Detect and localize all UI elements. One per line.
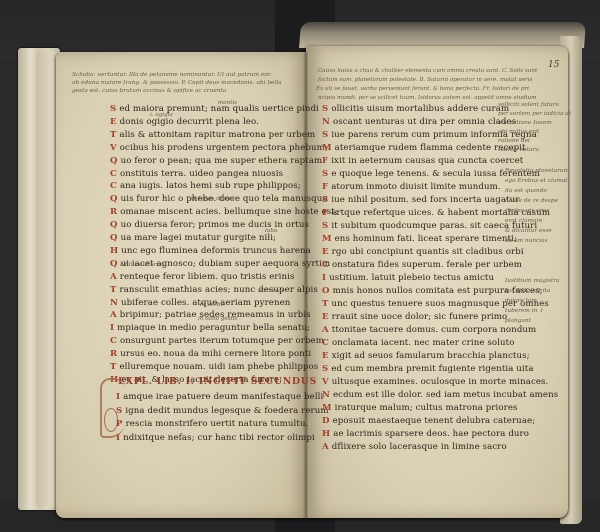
rubricated-initial: E (322, 247, 329, 257)
rubricated-initial: O (322, 286, 330, 296)
right-margin-gloss: erat clamare (505, 218, 543, 224)
rubricated-initial: S (322, 364, 328, 374)
verse-text: onstituis terra. uideo pangea niuosis (120, 169, 283, 179)
rubricated-initial: M (322, 143, 332, 153)
right-verse-line: Sollicitis uisum mortalibus addere curam (322, 104, 509, 114)
rubricated-initial: I (322, 273, 326, 283)
rubricated-initial: A (322, 442, 329, 452)
rubricated-initial: R (110, 207, 117, 217)
rubricated-initial: S (322, 169, 328, 179)
rubricated-initial: N (322, 117, 330, 127)
rubricated-initial: C (322, 260, 329, 270)
left-verse-line: Rursus eo. noua da mihi cernere litora p… (110, 349, 311, 359)
verse-text: onstatura fides superum. ferale per urbe… (332, 260, 522, 270)
book-two-verse-line: Prescia monstrifero uertit natura tumult… (116, 419, 308, 429)
verse-text: ocibus his prodens urgentem pectora pheb… (120, 143, 328, 153)
right-verse-line: Sed cum membra premit fugiente rigentia … (322, 364, 534, 374)
right-margin-gloss: ubi nullus erit (498, 129, 539, 135)
rubricated-initial: C (110, 181, 117, 191)
verse-text: donis ogigio decurrit plena leo. (120, 117, 259, 127)
book-two-verse-line: Iamque irae patuere deum manifestaque be… (116, 392, 323, 402)
right-margin-gloss: ratione dei (498, 138, 530, 144)
verse-text: ae lacrimis sparsere deos. hae pectora d… (333, 429, 529, 439)
left-verse-line: Romanae miscent acies. bellumque sine ho… (110, 207, 338, 217)
rubricated-initial: D (322, 416, 330, 426)
left-verse-line: Impiaque in medio peraguntur bella senat… (110, 323, 310, 333)
right-top-commentary-4: ncipio mundi. per se scilicet tuum. Isid… (318, 95, 536, 101)
right-verse-line: Attonitae tacuere domus. cum corpora non… (322, 325, 536, 335)
verse-text: xigit ad seuos famularum bracchia planct… (332, 351, 530, 361)
folio-number: 15 (548, 60, 559, 70)
right-margin-gloss: hac ratione Iouem (498, 120, 552, 126)
left-verse-line: Telluremque nouam. uidi iam phebe philip… (110, 362, 318, 372)
right-margin-gloss: tuberem in (505, 308, 537, 314)
right-verse-line: Mens hominum fati. liceat sperare timent… (322, 234, 517, 244)
rubricated-initial: S (322, 104, 328, 114)
right-margin-gloss: solliciti solent futura (498, 102, 559, 108)
verse-text: igna dedit mundus legesque & foedera rer… (125, 406, 328, 416)
right-margin-gloss: rantes uix spes (505, 208, 549, 214)
verse-text: iraturque malum; cultus matrona priores (335, 403, 518, 413)
right-verse-line: Iustitium. latuit plebeio tectus amictu (322, 273, 494, 283)
verse-text: renteque feror libiem. quo tristis erini… (120, 272, 295, 282)
rubricated-initial: N (110, 298, 118, 308)
rubricated-initial: R (110, 349, 117, 359)
book-two-verse-line: Indixitque nefas; cur hanc tibi rector o… (116, 433, 315, 443)
right-verse-line: Necdum est ille dolor. sed iam metus inc… (322, 390, 558, 400)
verse-text: onsurgunt partes iterum totumque per orb… (120, 336, 324, 346)
verse-text: ua mare lagei mutatur gurgite nili; (121, 233, 276, 243)
right-margin-gloss: Reuolutio planetarum (505, 168, 569, 174)
right-verse-line: Exigit ad seuos famularum bracchia planc… (322, 351, 530, 361)
verse-text: iue nihil positum. sed fors incerta uaga… (331, 195, 519, 205)
interlinear-gloss-4: ad litus ulterius (120, 262, 165, 268)
rubricated-initial: T (110, 130, 117, 140)
left-verse-line: Quo diuersa feror; primos me ducis in or… (110, 220, 309, 230)
left-verse-line: Vocibus his prodens urgentem pectora phe… (110, 143, 328, 153)
rubricated-initial: M (322, 403, 332, 413)
rubricated-initial: Q (110, 233, 118, 243)
verse-text: amque irae patuere deum manifestaque bel… (123, 392, 323, 402)
rubricated-initial: S (322, 221, 328, 231)
rubricated-initial: Q (110, 194, 118, 204)
verse-text: ursus eo. noua da mihi cernere litora po… (120, 349, 311, 359)
verse-text: ttonitae tacuere domus. cum corpora nond… (332, 325, 537, 335)
rubricated-initial: S (322, 195, 328, 205)
verse-text: ndixitque nefas; cur hanc tibi rector ol… (123, 433, 315, 443)
rubricated-initial: A (110, 272, 117, 282)
rubricated-initial: F (322, 182, 328, 192)
verse-text: elluremque nouam. uidi iam phebe philipp… (120, 362, 319, 372)
verse-text: onclamata iacent. nec mater crine soluto (332, 338, 515, 348)
rubricated-initial: T (110, 285, 117, 295)
verse-text: ana iugis. latos hemi sub rupe philippos… (120, 181, 301, 191)
interlinear-gloss-1: i. ogigia (150, 112, 173, 118)
verse-text: ultusque examines. oculosque in morte mi… (332, 377, 549, 387)
right-margin-gloss: ab om nuncias (505, 238, 548, 244)
right-verse-line: Errauit sine uoce dolor; sic funere prim… (322, 312, 507, 322)
right-page-top-edge (299, 22, 586, 48)
rubricated-initial: S (322, 130, 328, 140)
right-verse-line: Miraturque malum; cultus matrona priores (322, 403, 518, 413)
right-margin-gloss: tur dicta est ita (505, 288, 550, 294)
verse-text: oscant uenturas ut dira per omnia clades (333, 117, 516, 127)
right-margin-gloss: Iustitium magistra (505, 278, 560, 284)
right-verse-line: Hae lacrimis sparsere deos. hae pectora … (322, 429, 529, 439)
rubricated-initial: A (322, 325, 329, 335)
rubricated-initial: H (110, 246, 118, 256)
left-verse-line: Talis & attonitam rapitur matrona per ur… (110, 130, 315, 140)
rubricated-initial: E (322, 312, 329, 322)
rubricated-initial: A (110, 310, 117, 320)
interlinear-gloss-6: in iusto gestis (198, 316, 238, 322)
rubricated-initial: C (110, 169, 117, 179)
right-top-commentary-2: factum sum. planetarum potestate. B. Sat… (318, 77, 532, 83)
left-verse-line: Edonis ogigio decurrit plena leo. (110, 117, 259, 127)
verse-text: alis & attonitam rapitur matrona per urb… (120, 130, 316, 140)
right-margin-gloss: dolore tam (505, 298, 537, 304)
right-verse-line: Siue nihil positum. sed fors incerta uag… (322, 195, 520, 205)
right-verse-line: Fatorum inmoto diuisit limite mundum. (322, 182, 501, 192)
left-verse-line: Qua mare lagei mutatur gurgite nili; (110, 233, 276, 243)
verse-text: ollicitis uisum mortalibus addere curam (331, 104, 509, 114)
rubricated-initial: V (322, 377, 329, 387)
left-verse-line: Cana iugis. latos hemi sub rupe philippo… (110, 181, 301, 191)
right-margin-gloss: Iudicis natura (498, 147, 539, 153)
verse-text: eposuit maestaeque tenent delubra cateru… (333, 416, 536, 426)
book-two-heading: EXPL. LIB. I. INCIPIT SECUNDUS (118, 376, 317, 387)
verse-text: uo diuersa feror; primos me ducis in ort… (121, 220, 309, 230)
right-margin-gloss: horae de re despe (505, 198, 558, 204)
catchword-mark: 𝔯 (540, 306, 543, 315)
rubricated-initial: N (322, 390, 330, 400)
right-verse-line: Vultusque examines. oculosque in morte m… (322, 377, 548, 387)
right-verse-line: Adflixere solo lacerasque in limine sacr… (322, 442, 507, 452)
right-top-commentary-1: Causa huius a chao & chaliter elementa c… (318, 68, 537, 74)
left-verse-line: Arenteque feror libiem. quo tristis erin… (110, 272, 294, 282)
rubricated-initial: M (322, 234, 332, 244)
verse-text: ateriamque rudem flamma cedente recepit (335, 143, 526, 153)
right-verse-line: Noscant uenturas ut dira per omnia clade… (322, 117, 516, 127)
rubricated-initial: V (110, 143, 117, 153)
verse-text: rescia monstrifero uertit natura tumultu… (126, 419, 309, 429)
rubricated-initial: Q (110, 220, 118, 230)
right-margin-gloss: per sortem per iudicia di (498, 111, 571, 117)
verse-text: mpiaque in medio peraguntur bella senatu… (117, 323, 310, 333)
right-verse-line: Ergo ubi concipiunt quantis sit cladibus… (322, 247, 524, 257)
rubricated-initial: H (322, 429, 330, 439)
rubricated-initial: T (110, 362, 117, 372)
verse-text: unc ego fluminea deformis truncus harena (121, 246, 311, 256)
verse-text: rrauit sine uoce dolor; sic funere primo (332, 312, 508, 322)
verse-text: ixit in aeternum causas qua cuncta coerc… (331, 156, 523, 166)
right-top-commentary-3: Ex uti se fauet. uerba perueniunt ferunt… (316, 86, 529, 92)
decorated-initial-I (100, 378, 124, 438)
rubricated-initial: I (110, 323, 114, 333)
book-two-verse-line: Signa dedit mundus legesque & foedera re… (116, 406, 329, 416)
verse-text: rgo ubi concipiunt quantis sit cladibus … (332, 247, 524, 257)
verse-text: ed cum membra premit fugiente rigentia u… (331, 364, 533, 374)
right-margin-gloss: ita est quando (505, 188, 547, 194)
rubricated-initial: C (110, 336, 117, 346)
verse-text: dflixere solo lacerasque in limine sacro (332, 442, 507, 452)
right-verse-line: Constatura fides superum. ferale per urb… (322, 260, 522, 270)
verse-text: atorum inmoto diuisit limite mundum. (331, 182, 501, 192)
rubricated-initial: Q (110, 156, 118, 166)
right-margin-gloss: & dicuntur esse (505, 228, 552, 234)
left-top-commentary-3: gesta est. cuius brutum occisus & opific… (72, 88, 226, 94)
left-margin-gloss-1: iuba (265, 228, 277, 234)
rubricated-initial: S (110, 104, 116, 114)
rubricated-initial: F (322, 156, 328, 166)
rubricated-initial: E (110, 117, 117, 127)
verse-text: ecdum est ille dolor. sed iam metus incu… (333, 390, 558, 400)
interlinear-gloss-3: de longo itinere (190, 196, 235, 202)
rubricated-initial: T (322, 299, 329, 309)
interlinear-gloss-2: montis (218, 100, 237, 106)
left-verse-line: Hunc ego fluminea deformis truncus haren… (110, 246, 311, 256)
verse-text: omanae miscent acies. bellumque sine hos… (120, 207, 338, 217)
left-page-ruling-marks: ⁝⁝⁝⁝⁝⁝⁝⁝⁝⁝⁝⁝⁝⁝⁝ (287, 104, 293, 307)
book-heading-text: EXPL. LIB. I. INCIPIT SECUNDUS (118, 376, 317, 387)
verse-text: ustitium. latuit plebeio tectus amictu (329, 273, 494, 283)
left-top-commentary-1: Scholia: uertuntur. Illa de pelaneme nom… (72, 72, 272, 78)
right-margin-gloss: plangant (505, 318, 531, 324)
right-margin-gloss: ego Erebus et clamat (505, 178, 568, 184)
verse-text: ens hominum fati. liceat sperare timenti… (335, 234, 517, 244)
left-top-commentary-2: ab eduna maiore trang. & possessio. P. C… (72, 80, 282, 86)
rubricated-initial: Q (110, 259, 118, 269)
left-margin-gloss-2: ubi cesar (258, 288, 284, 294)
right-verse-line: Materiamque rudem flamma cedente recepit (322, 143, 526, 153)
rubricated-initial: E (322, 351, 329, 361)
interlinear-gloss-5: in uerbis (200, 302, 225, 308)
rubricated-initial: C (322, 338, 329, 348)
right-verse-line: Deposuit maestaeque tenent delubra cater… (322, 416, 535, 426)
right-verse-line: Fixit in aeternum causas qua cuncta coer… (322, 156, 523, 166)
left-verse-line: Consurgunt partes iterum totumque per or… (110, 336, 324, 346)
rubricated-initial: F (322, 208, 328, 218)
left-verse-line: Constituis terra. uideo pangea niuosis (110, 169, 283, 179)
right-verse-line: Conclamata iacent. nec mater crine solut… (322, 338, 514, 348)
